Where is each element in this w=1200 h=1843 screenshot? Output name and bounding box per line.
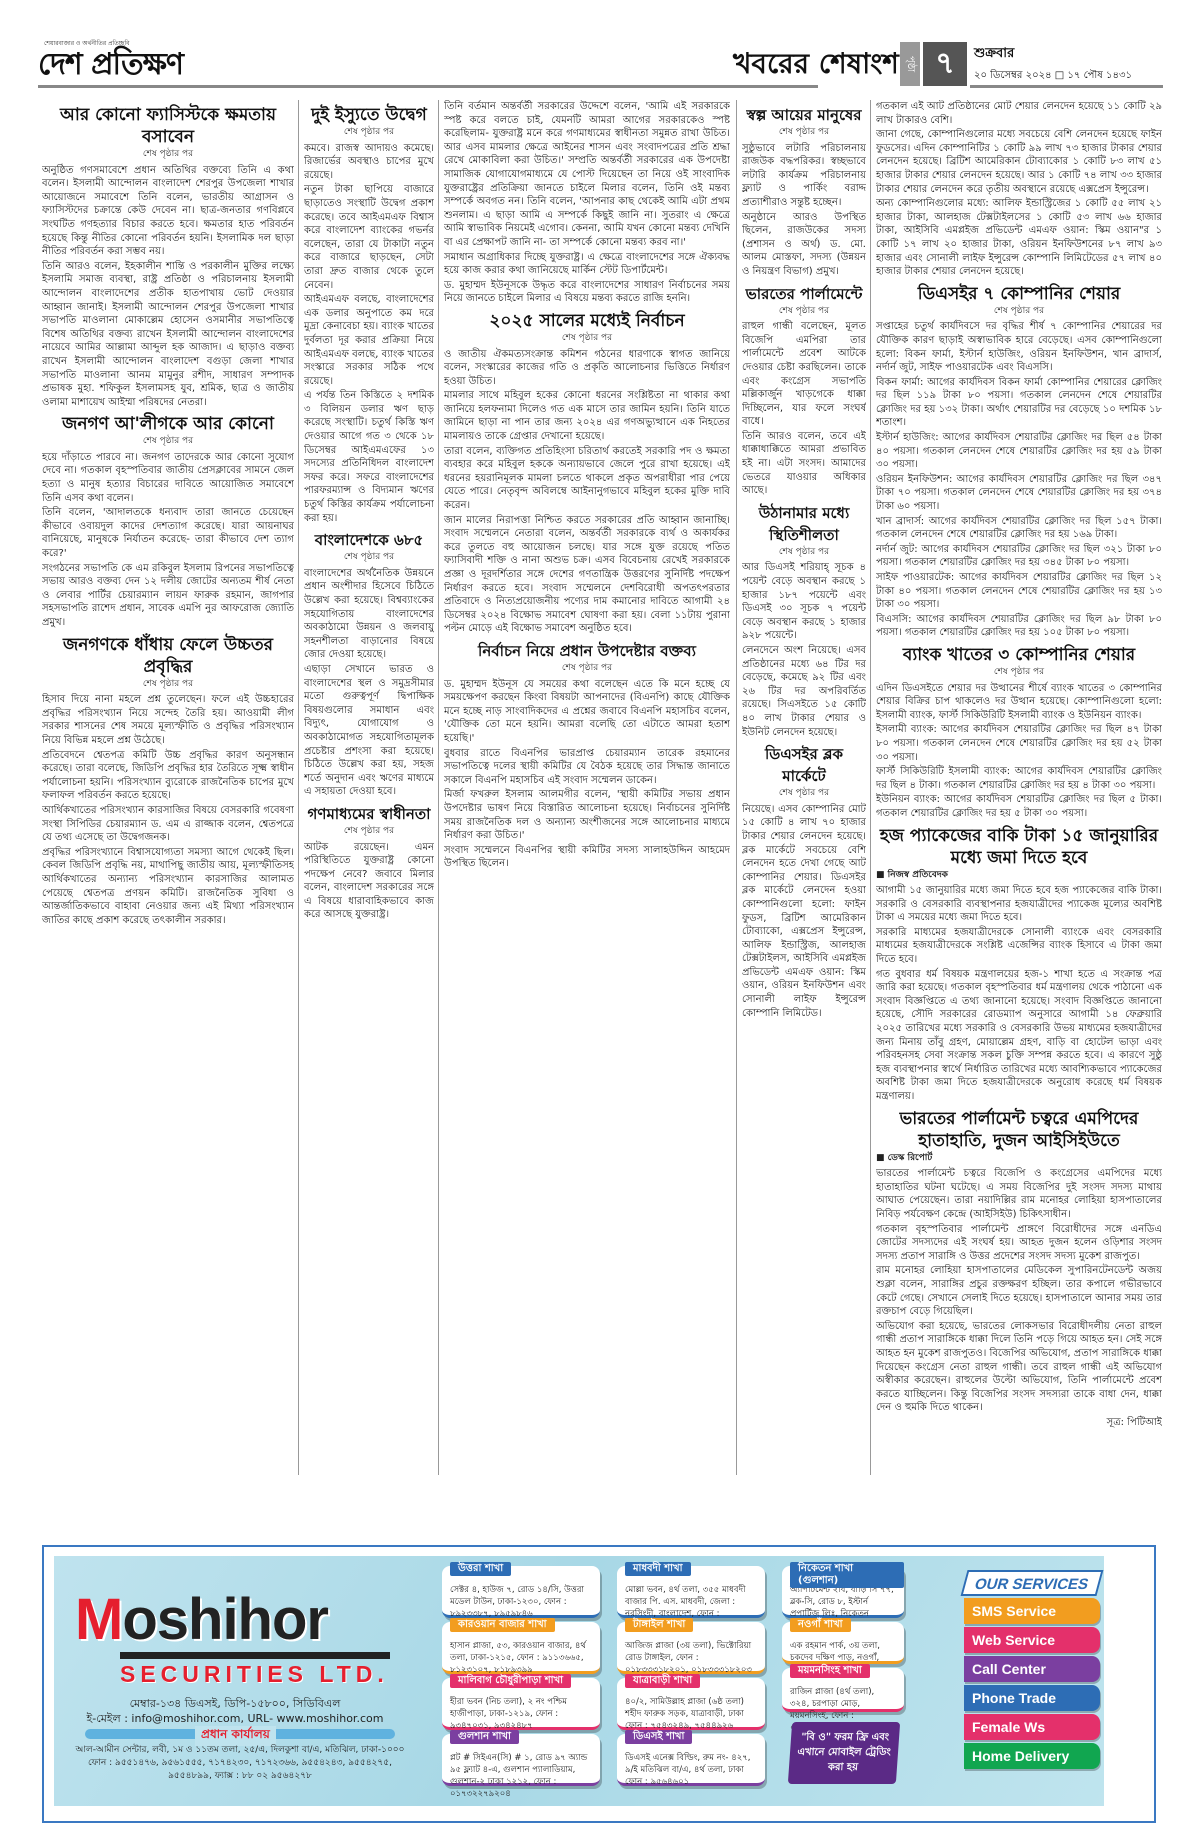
branch-card-malibagh[interactable]: মালিবাগ চৌধুরীপাড়া শাখা হীরা ভবন (নিচ ত… xyxy=(442,1678,600,1730)
section-title: খবরের শেষাংশ xyxy=(733,42,899,89)
paragraph: ড. মুহাম্মদ ইউনূসকে উদ্ধৃত করে বাংলাদেশে… xyxy=(444,279,730,306)
dateline: শুক্রবার ২০ ডিসেম্বর ২০২৪ □ ১৭ পৌষ ১৪৩১ xyxy=(974,44,1132,85)
branch-card-tangail[interactable]: টাঙ্গাইল শাখা আজিজ প্লাজা (৩য় তলা), ভিক… xyxy=(617,1622,765,1674)
paragraph: এছাড়া সেখানে ভারত ও বাংলাদেশের স্থল ও স… xyxy=(304,663,434,799)
branch-name: টাঙ্গাইল শাখা xyxy=(625,1618,693,1632)
column-divider xyxy=(298,100,299,1475)
hq-address-line: আল-আমীন সেন্টার, লবী, ১ম ও ১১তম তলা, ২৫/… xyxy=(70,1744,410,1757)
article-press-freedom[interactable]: গণমাধ্যমের স্বাধীনতা শেষ পৃষ্ঠার পর আটক … xyxy=(304,803,434,922)
paragraph: সপ্তাহের চতুর্থ কার্যদিবসে দর বৃদ্ধির শী… xyxy=(876,320,1162,374)
brand-contact: মেম্বার-১৩৪ ডিএসই, ডিপি-১৫৮০০, সিডিবিএল … xyxy=(65,1696,405,1726)
branch-card-gulshan[interactable]: গুলশান শাখা প্লট # সিইএন(সি) # ১, রোড ৯৭… xyxy=(442,1734,600,1786)
hq-phones: ফোন : ৯৫৫১৪৭৬, ৯৫৬১৫৫৫, ৭১৭৪২৩০, ৭১৭২৩৬৬… xyxy=(70,1757,410,1770)
paragraph: ও জাতীয় ঐকমত্যসংক্রান্ত কমিশন গঠনের ধার… xyxy=(444,348,730,389)
branch-name: নিকেতন শাখা (গুলশান) xyxy=(790,1562,904,1588)
paragraph: আইএমএফ বলছে, বাংলাদেশের এক ডলার অনুপাতে … xyxy=(304,293,434,388)
newspaper-logo[interactable]: শেয়ারবাজার ও অর্থনীতির প্রতিচ্ছবি দেশ প… xyxy=(38,38,183,81)
paragraph: মামলার সাথে মহিবুল হকের কোনো ধরনের সংশ্ল… xyxy=(444,389,730,443)
headline[interactable]: জনগণ আ'লীগকে আর কোনো xyxy=(42,413,294,435)
article-bank-3-companies[interactable]: ব্যাংক খাতের ৩ কোম্পানির শেয়ার শেষ পৃষ্… xyxy=(876,644,1162,821)
paragraph: কমবে। রাজস্ব আদায়ও কমেছে। রিজার্ভের অবস… xyxy=(304,142,434,183)
paragraph: এদিন ডিএসইতে শেয়ার দর উত্থানের শীর্ষে ব… xyxy=(876,682,1162,723)
branch-card-naogaon[interactable]: নওগাঁ শাখা এক রহমান পার্ক, ৩য় তলা, চকদে… xyxy=(782,1622,904,1664)
hq-address: আল-আমীন সেন্টার, লবী, ১ম ও ১১তম তলা, ২৫/… xyxy=(70,1744,410,1783)
paragraph: আর্থিকখাতের পরিসংখ্যান কারসাজির বিষয়ে ব… xyxy=(42,804,294,845)
paragraph: বিএসসি: আগের কার্যদিবস শেয়ারটির ক্লোজিং… xyxy=(876,613,1162,640)
headline[interactable]: ভারতের পার্লামেন্ট চত্বরে এমপিদের হাতাহা… xyxy=(876,1108,1162,1152)
header-rule xyxy=(970,85,1163,88)
article-india-parliament[interactable]: ভারতের পার্লামেন্টে শেষ পৃষ্ঠার পর রাহুল… xyxy=(742,283,866,498)
headline[interactable]: ডিএসইর ৭ কোম্পানির শেয়ার xyxy=(876,283,1162,305)
paragraph: রাম মনোহর লোহিয়া হাসপাতালের মেডিকেল সুপ… xyxy=(876,1264,1162,1318)
paragraph: ওরিয়ন ইনফিউশন: আগের কার্যদিবস শেয়ারটির… xyxy=(876,473,1162,514)
column-2: দুই ইস্যুতে উদ্বেগ শেষ পৃষ্ঠার পর কমবে। … xyxy=(304,100,434,923)
paragraph: মির্জা ফখরুল ইসলাম আলমগীর বলেন, 'স্থায়ী… xyxy=(444,788,730,842)
page-number: ৭ xyxy=(923,42,967,86)
branch-card-jatrabari[interactable]: যাত্রাবাড়ী শাখা ৪০/২, সামিউল্লাহ প্লাজা… xyxy=(617,1678,765,1730)
paragraph: ড. মুহাম্মদ ইউনূস যে সময়ের কথা বলেছেন এ… xyxy=(444,678,730,746)
article-low-income[interactable]: স্বল্প আয়ের মানুষের শেষ পৃষ্ঠার পর সুষ্… xyxy=(742,104,866,279)
headline[interactable]: উঠানামার মধ্যে স্থিতিশীলতা xyxy=(742,502,866,546)
headline[interactable]: ব্যাংক খাতের ৩ কোম্পানির শেয়ার xyxy=(876,644,1162,666)
page-label: পৃষ্ঠা xyxy=(900,42,920,86)
article-chief-adviser[interactable]: নির্বাচন নিয়ে প্রধান উপদেষ্টার বক্তব্য … xyxy=(444,640,730,871)
paragraph: লেনদেনে অংশ নিয়েছে। এসব প্রতিষ্ঠানের মধ… xyxy=(742,644,866,739)
paragraph: জান মালের নিরাপত্তা নিশ্চিত করতে সরকারের… xyxy=(444,514,730,636)
member-line: মেম্বার-১৩৪ ডিএসই, ডিপি-১৫৮০০, সিডিবিএল xyxy=(65,1696,405,1711)
branch-name: ময়মনসিংহ শাখা xyxy=(790,1664,870,1678)
paragraph: অনুষ্ঠানে আরও উপস্থিত ছিলেন, রাজউকের সদস… xyxy=(742,211,866,279)
paragraph: এ পর্যন্ত তিন কিস্তিতে ২ দশমিক ৩ বিলিয়ন… xyxy=(304,389,434,525)
contact-line[interactable]: ই-মেইল : info@moshihor.com, URL- www.mos… xyxy=(65,1711,405,1726)
paragraph: তিনি আরও বলেন, ইহকালীন শান্তি ও পরকালীন … xyxy=(42,260,294,410)
headline[interactable]: দুই ইস্যুতে উদ্বেগ xyxy=(304,104,434,126)
headline[interactable]: স্বল্প আয়ের মানুষের xyxy=(742,104,866,126)
headline[interactable]: ২০২৫ সালের মধ্যেই নির্বাচন xyxy=(444,310,730,332)
article-market-stability[interactable]: উঠানামার মধ্যে স্থিতিশীলতা শেষ পৃষ্ঠার প… xyxy=(742,502,866,739)
paragraph: প্রবৃদ্ধির পরিসংখ্যানে বিশ্বাসযোগ্যতা সম… xyxy=(42,846,294,928)
column-divider xyxy=(736,100,737,1475)
paragraph: আর ডিএসই শরিয়াহ্ সূচক ৪ পয়েন্ট বেড়ে অ… xyxy=(742,561,866,643)
paragraph: বুধবার রাতে বিএনপির ভারপ্রাপ্ত চেয়ারম্য… xyxy=(444,747,730,788)
paragraph: ভারতের পার্লামেন্ট চত্বরে বিজেপি ও কংগ্র… xyxy=(876,1167,1162,1221)
service-sms[interactable]: SMS Service xyxy=(964,1598,1100,1624)
paragraph: তিনি বর্তমান অন্তর্বর্তী সরকারের উদ্দেশে… xyxy=(444,100,730,250)
paragraph: বিকন ফার্মা: আগের কার্যদিবস বিকন ফার্মা … xyxy=(876,376,1162,430)
dateline-date: ২০ ডিসেম্বর ২০২৪ □ ১৭ পৌষ ১৪৩১ xyxy=(974,68,1132,85)
paragraph: ফার্স্ট সিকিউরিটি ইসলামী ব্যাংক: আগের কা… xyxy=(876,765,1162,792)
paragraph: সংবাদ সম্মেলনে বিএনপির স্থায়ী কমিটির সদ… xyxy=(444,844,730,871)
continued-label: শেষ পৃষ্ঠার পর xyxy=(42,678,294,692)
brand-checkmark-m: M xyxy=(75,1587,122,1652)
service-phone-trade[interactable]: Phone Trade xyxy=(964,1685,1100,1711)
paragraph: প্রতিবেদনে শ্বেতপত্র কমিটি উচ্চ প্রবৃদ্ধ… xyxy=(42,749,294,803)
paragraph: গতকাল বৃহস্পতিবার পার্লামেন্ট প্রাঙ্গণে … xyxy=(876,1223,1162,1264)
branch-address: আজিজ প্লাজা (৩য় তলা), ভিক্টোরিয়া রোড ট… xyxy=(625,1640,757,1676)
brand-name-rest: oshihor xyxy=(122,1587,328,1652)
branch-card-mymensingh[interactable]: ময়মনসিংহ শাখা রাজিন প্লাজা (৪র্থ তলা), … xyxy=(782,1668,904,1712)
branch-name: উত্তরা শাখা xyxy=(450,1562,511,1576)
continued-label: শেষ পৃষ্ঠার পর xyxy=(742,126,866,140)
continued-label: শেষ পৃষ্ঠার পর xyxy=(444,662,730,676)
paragraph: ইসলামী ব্যাংক: আগের কার্যদিবস শেয়ারটির … xyxy=(876,723,1162,764)
branch-address: হাসান প্লাজা, ৫৩, কারওয়ান বাজার, ৪র্থ ত… xyxy=(450,1640,592,1676)
branch-address: হীরা ভবন (নিচ তলা), ২ নং পশ্চিম হাজীপাড়… xyxy=(450,1696,592,1732)
paragraph: সুষ্ঠুভাবে লটারি পরিচালনায় রাজউক বদ্ধপর… xyxy=(742,142,866,210)
paragraph: তিনি বলেন, 'আদালতকে ধন্যবাদ তারা জানতে চ… xyxy=(42,506,294,560)
article-growth[interactable]: জনগণকে ধাঁধায় ফেলে উচ্চতর প্রবৃদ্ধির শে… xyxy=(42,634,294,928)
continued-label: শেষ পৃষ্ঠার পর xyxy=(304,825,434,839)
article-block-market-cont[interactable]: গতকাল এই আট প্রতিষ্ঠানের মোট শেয়ার লেনদ… xyxy=(876,100,1162,279)
paragraph: সাইফ পাওয়ারটেক: আগের কার্যদিবস শেয়ারটি… xyxy=(876,571,1162,612)
promo-ribbon: "বি ও" ফরম ফ্রি এবং এখানে মোবাইল ট্রেডিং… xyxy=(788,1722,900,1784)
column-4: স্বল্প আয়ের মানুষের শেষ পৃষ্ঠার পর সুষ্… xyxy=(742,100,866,1021)
logo-text: দেশ প্রতিক্ষণ xyxy=(38,47,183,82)
branch-name: মালিবাগ চৌধুরীপাড়া শাখা xyxy=(450,1674,571,1688)
continued-label: শেষ পৃষ্ঠার পর xyxy=(742,787,866,801)
headline[interactable]: আর কোনো ফ্যাসিস্টকে ক্ষমতায় বসাবেন xyxy=(42,104,294,148)
brand-underline xyxy=(120,1652,390,1659)
paragraph: নর্দার্ন জুট: আগের কার্যদিবস শেয়ারটির ক… xyxy=(876,543,1162,570)
brand-logo: Moshihor SECURITIES LTD. xyxy=(75,1590,395,1688)
headline[interactable]: ভারতের পার্লামেন্টে xyxy=(742,283,866,305)
byline: ■ ডেস্ক রিপোর্ট xyxy=(876,1152,1162,1166)
masthead: শেয়ারবাজার ও অর্থনীতির প্রতিচ্ছবি দেশ প… xyxy=(38,38,1163,88)
continued-label: শেষ পৃষ্ঠার পর xyxy=(304,126,434,140)
hq-label: প্রধান কার্যালয় xyxy=(195,1726,276,1746)
article-fascist[interactable]: আর কোনো ফ্যাসিস্টকে ক্ষমতায় বসাবেন শেষ … xyxy=(42,104,294,409)
branch-card-karwan-bazar[interactable]: কারওয়ান বাজার শাখা হাসান প্লাজা, ৫৩, কা… xyxy=(442,1622,600,1674)
branch-card-madhabdi[interactable]: মাধবদী শাখা মোল্লা ভবন, ৪র্থ তলা, ৩৫৫ মা… xyxy=(617,1566,765,1618)
article-bangladesh-685[interactable]: বাংলাদেশকে ৬৮৫ শেষ পৃষ্ঠার পর বাংলাদেশের… xyxy=(304,529,434,799)
paragraph: অনুষ্ঠিত গণসমাবেশে প্রধান অতিথির বক্তব্য… xyxy=(42,164,294,259)
paragraph: অন্য কোম্পানিগুলোর মধ্যে: আলিফ ইন্ডাস্ট্… xyxy=(876,197,1162,279)
branch-card-uttara[interactable]: উত্তরা শাখা সেক্টর ৪, হাউজ ৭, রোড ১৪/সি,… xyxy=(442,1566,600,1618)
services-title: OUR SERVICES xyxy=(961,1570,1104,1596)
paragraph: অভিযোগ করা হয়েছে, ভারতের লোকসভার বিরোধী… xyxy=(876,1320,1162,1415)
service-web[interactable]: Web Service xyxy=(964,1627,1100,1653)
continued-label: শেষ পৃষ্ঠার পর xyxy=(876,305,1162,319)
branch-address: ডিএসই এনেক্স বিল্ডিং, রুম নং- ৪২৭, ৯/ই ম… xyxy=(625,1752,757,1788)
paragraph: সরকারি মাধ্যমের হজযাত্রীদেরকে সোনালী ব্য… xyxy=(876,926,1162,967)
column-1: আর কোনো ফ্যাসিস্টকে ক্ষমতায় বসাবেন শেষ … xyxy=(42,100,294,928)
headline[interactable]: ডিএসইর ব্লক মার্কেটে xyxy=(742,743,866,787)
paragraph: খান ব্রাদার্স: আগের কার্যদিবস শেয়ারটির … xyxy=(876,515,1162,542)
continued-label: শেষ পৃষ্ঠার পর xyxy=(742,305,866,319)
service-call-center[interactable]: Call Center xyxy=(964,1656,1100,1682)
continued-label: শেষ পৃষ্ঠার পর xyxy=(444,332,730,346)
paragraph: ইস্টার্ন হাউজিং: আগের কার্যদিবস শেয়ারটি… xyxy=(876,431,1162,472)
paragraph: গতকাল এই আট প্রতিষ্ঠানের মোট শেয়ার লেনদ… xyxy=(876,100,1162,127)
article-india-mp-scuffle[interactable]: ভারতের পার্লামেন্ট চত্বরে এমপিদের হাতাহা… xyxy=(876,1108,1162,1430)
branch-name: মাধবদী শাখা xyxy=(625,1562,691,1576)
paragraph: আগামী ১৫ জানুয়ারির মধ্যে জমা দিতে হবে হ… xyxy=(876,884,1162,925)
article-dse-7-companies[interactable]: ডিএসইর ৭ কোম্পানির শেয়ার শেষ পৃষ্ঠার পর… xyxy=(876,283,1162,640)
continued-label: শেষ পৃষ্ঠার পর xyxy=(42,435,294,449)
paragraph: আটক রয়েছেন। এমন পরিস্থিতিতে যুক্তরাষ্ট্… xyxy=(304,841,434,923)
paragraph: বাংলাদেশের অর্থনৈতিক উন্নয়নে প্রধান অংশ… xyxy=(304,567,434,662)
headline[interactable]: গণমাধ্যমের স্বাধীনতা xyxy=(304,803,434,825)
service-home-delivery[interactable]: Home Delivery xyxy=(964,1743,1100,1769)
article-press-freedom-cont[interactable]: তিনি বর্তমান অন্তর্বর্তী সরকারের উদ্দেশে… xyxy=(444,100,730,306)
column-3: তিনি বর্তমান অন্তর্বর্তী সরকারের উদ্দেশে… xyxy=(444,100,730,872)
paragraph: গত বুধবার ধর্ম বিষয়ক মন্ত্রণালয়ের হজ-১… xyxy=(876,968,1162,1104)
service-female-ws[interactable]: Female Ws xyxy=(964,1714,1100,1740)
column-divider xyxy=(870,100,871,1475)
branch-address: ৪০/২, সামিউল্লাহ প্লাজা (৬ষ্ঠ তলা) শহীদ … xyxy=(625,1696,757,1732)
article-hajj-package[interactable]: হজ প্যাকেজের বাকি টাকা ১৫ জানুয়ারির মধ্… xyxy=(876,825,1162,1104)
headline[interactable]: জনগণকে ধাঁধায় ফেলে উচ্চতর প্রবৃদ্ধির xyxy=(42,634,294,678)
source-credit: সূত্র: পিটিআই xyxy=(876,1416,1162,1430)
paragraph: সংগঠনের সভাপতি কে এম রকিবুল ইসলাম রিপনের… xyxy=(42,562,294,630)
paragraph: ইউনিয়ন ব্যাংক: আগের কার্যদিবস শেয়ারটির… xyxy=(876,793,1162,820)
branch-name: নওগাঁ শাখা xyxy=(790,1618,851,1632)
continued-label: শেষ পৃষ্ঠার পর xyxy=(742,546,866,560)
paragraph: নতুন টাকা ছাপিয়ে বাজারে ছাড়াতেও সংস্থা… xyxy=(304,183,434,292)
article-awami-league[interactable]: জনগণ আ'লীগকে আর কোনো শেষ পৃষ্ঠার পর হয়ে… xyxy=(42,413,294,629)
byline: ■ নিজস্ব প্রতিবেদক xyxy=(876,869,1162,883)
paragraph: তিনি আরও বলেন, তবে এই ধাক্কাধাক্কিতে আমর… xyxy=(742,430,866,498)
paragraph: হিসাব দিয়ে নানা মহলে প্রশ্ন তুলেছেন। ফল… xyxy=(42,693,294,747)
headline[interactable]: নির্বাচন নিয়ে প্রধান উপদেষ্টার বক্তব্য xyxy=(444,640,730,662)
article-block-market[interactable]: ডিএসইর ব্লক মার্কেটে শেষ পৃষ্ঠার পর নিয়… xyxy=(742,743,866,1020)
branch-name: ডিএসই শাখা xyxy=(625,1730,692,1744)
headline[interactable]: বাংলাদেশকে ৬৮৫ xyxy=(304,529,434,551)
paragraph: তারা বলেন, ব্যক্তিগত প্রতিহিংসা চরিতার্থ… xyxy=(444,445,730,513)
branch-card-dse[interactable]: ডিএসই শাখা ডিএসই এনেক্স বিল্ডিং, রুম নং-… xyxy=(617,1734,765,1786)
article-imf-concern[interactable]: দুই ইস্যুতে উদ্বেগ শেষ পৃষ্ঠার পর কমবে। … xyxy=(304,104,434,525)
branch-card-niketan[interactable]: নিকেতন শাখা (গুলশান) অ্যাপার্টমেন্ট ২বি,… xyxy=(782,1566,904,1618)
continued-label: শেষ পৃষ্ঠার পর xyxy=(876,666,1162,680)
column-5: গতকাল এই আট প্রতিষ্ঠানের মোট শেয়ার লেনদ… xyxy=(876,100,1162,1429)
headline[interactable]: হজ প্যাকেজের বাকি টাকা ১৫ জানুয়ারির মধ্… xyxy=(876,825,1162,869)
brand-name: Moshihor xyxy=(75,1590,395,1650)
services-list: OUR SERVICES SMS Service Web Service Cal… xyxy=(964,1570,1100,1772)
paragraph: জানা গেছে, কোম্পানিগুলোর মধ্যে সবচেয়ে ব… xyxy=(876,128,1162,196)
continued-label: শেষ পৃষ্ঠার পর xyxy=(304,551,434,565)
paragraph: সমাধান অগ্রাধিকার দিচ্ছে যুক্তরাষ্ট্র। এ… xyxy=(444,251,730,278)
brand-subtitle: SECURITIES LTD. xyxy=(120,1661,395,1688)
dateline-day: শুক্রবার xyxy=(974,44,1132,65)
branch-name: কারওয়ান বাজার শাখা xyxy=(450,1618,555,1632)
hq-fax: ৯৫৫৪৮৯৯, ফ্যাক্স : ৮৮ ০২ ৯৫৬৪২৭৮ xyxy=(70,1770,410,1783)
branch-name: যাত্রাবাড়ী শাখা xyxy=(625,1674,700,1688)
article-election-2025[interactable]: ২০২৫ সালের মধ্যেই নির্বাচন শেষ পৃষ্ঠার প… xyxy=(444,310,730,636)
branch-address: সেক্টর ৪, হাউজ ৭, রোড ১৪/সি, উত্তরা মডেল… xyxy=(450,1584,592,1620)
header-rule xyxy=(38,85,558,88)
paragraph: নিয়েছে। এসব কোম্পানির মোট ১৫ কোটি ৪ লাখ… xyxy=(742,803,866,1021)
branch-address: প্লট # সিইএন(সি) # ১, রোড ৯৭ অ্যান্ড ৯৫ … xyxy=(450,1752,592,1800)
paragraph: হয়ে দাঁড়াতে পারবে না। জনগণ তাদেরকে আর … xyxy=(42,451,294,505)
paragraph: রাহুল গান্ধী বলেছেন, মূলত বিজেপি এমপিরা … xyxy=(742,320,866,429)
branch-name: গুলশান শাখা xyxy=(450,1730,519,1744)
continued-label: শেষ পৃষ্ঠার পর xyxy=(42,148,294,162)
column-divider xyxy=(438,100,439,1475)
